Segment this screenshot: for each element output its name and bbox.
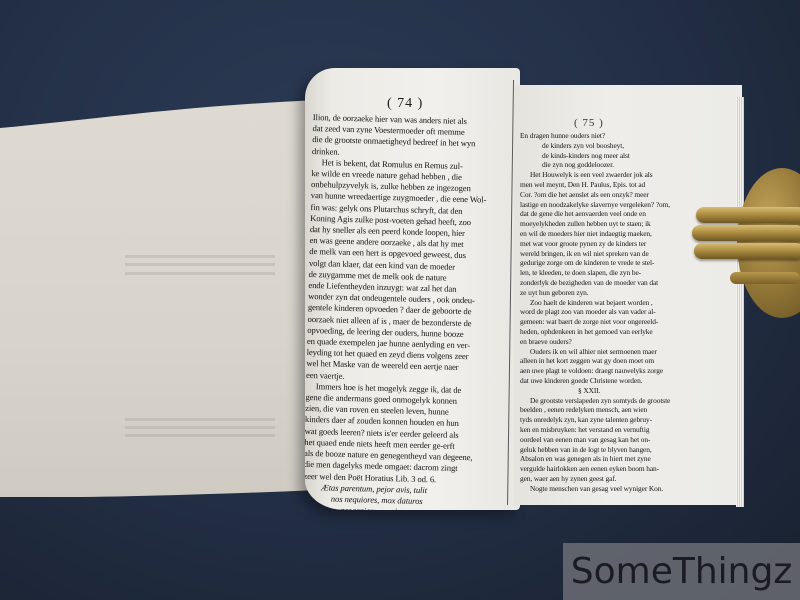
text-line: gemeen: wat baert de zorge niet voor ong… — [520, 317, 670, 327]
text-line: moeyelykheden zullen hebben uyt te staen… — [520, 219, 670, 229]
text-line: dat uwe kinderen goede Christene worden. — [520, 376, 670, 386]
text-line: Cor. ?om die het aenslet als een onzyk? … — [520, 190, 670, 200]
text-line: wereld bringen, ik en wil niet spreken v… — [520, 249, 670, 259]
watermark: SomeThingz — [563, 543, 800, 600]
text-line: Ouders ik en wil alhier niet sermoenen m… — [520, 347, 670, 357]
text-line: oordeel van eenen man van gesag kan het … — [520, 435, 670, 445]
text-line: De grootste verslapeden zyn somtyds de g… — [520, 396, 670, 406]
text-line: Absalon en was genegen als in hiert met … — [520, 454, 670, 464]
text-line: en wil de moeders hier niet indaegtig ma… — [520, 229, 670, 239]
left-page-blank — [0, 100, 320, 497]
text-line: en braeve ouders? — [520, 337, 670, 347]
show-through-text — [125, 426, 275, 429]
text-line: lastige en noodzakelyke slavernye vergel… — [520, 200, 670, 210]
text-line: geluk hebben van in de logt te blyven ha… — [520, 445, 670, 455]
text-line: tyds onredelyk zyn, kan zyne talenten ge… — [520, 415, 670, 425]
text-line: zonderlyk de bezigheden van de moeder va… — [520, 278, 670, 288]
watermark-text: SomeThingz — [571, 551, 792, 592]
text-line: ze uyt hun geboren zyn. — [520, 288, 670, 298]
brass-finger — [694, 243, 800, 259]
text-line: gen, waer aen hy zynen geest gaf. — [520, 474, 670, 484]
text-line: men wel meynt, Den H. Paulus, Epis. tot … — [520, 180, 670, 190]
page-block-edges — [736, 97, 744, 507]
text-line: de kinds-kinders nog meer alst — [520, 151, 670, 161]
text-line: alleen in het kort zeggen wat gy doen mo… — [520, 356, 670, 366]
text-line: de kinders zyn vol boosheyt, — [520, 141, 670, 151]
text-line: len, te kleeden, te doen slapen, die zyn… — [520, 268, 670, 278]
text-line: heden, ophdenkeen in het gemoed van eerl… — [520, 327, 670, 337]
show-through-text — [125, 263, 275, 266]
brass-thumb — [730, 272, 800, 284]
text-line: aen uwe plagt te voldoen: draegt nauwely… — [520, 366, 670, 376]
show-through-text — [125, 418, 275, 421]
text-line: beelden , eenen redelyken mensch, aen wi… — [520, 405, 670, 415]
text-line: die zyn nog goddeloozer. — [520, 160, 670, 170]
show-through-text — [125, 255, 275, 258]
text-line: § XXII. — [520, 386, 670, 396]
brass-finger — [696, 207, 800, 223]
text-line: gedurige zorge om de kinderen te vrede t… — [520, 258, 670, 268]
show-through-text — [125, 272, 275, 275]
text-line: Zoo haelt de kinderen wat bejaert worden… — [520, 298, 670, 308]
show-through-text — [125, 434, 275, 437]
page-number: ( 74 ) — [387, 96, 423, 112]
text-line: vergulde hairlokken aen eenen eyken boom… — [520, 464, 670, 474]
page-75: ( 75 ) En dragen hunne ouders niet?de ki… — [514, 85, 742, 505]
text-line: dat de gene die het aenvaerden veel onde… — [520, 209, 670, 219]
page-75-text: En dragen hunne ouders niet?de kinders z… — [520, 131, 670, 493]
text-line: met wat voor groote pynen zy de kinders … — [520, 239, 670, 249]
brass-finger — [692, 225, 800, 241]
text-line: Nogte menschen van gesag veel wyniger Ko… — [520, 484, 670, 494]
page-74-text: Ilion, de oorzaeke hier van was anders n… — [305, 112, 489, 510]
text-line: word de plagt zoo van moeder als van vad… — [520, 307, 670, 317]
text-line: En dragen hunne ouders niet? — [520, 131, 670, 141]
page-number: ( 75 ) — [574, 117, 604, 129]
text-line: ken en misbruyken: het verstand en vernu… — [520, 425, 670, 435]
page-74: ( 74 ) Ilion, de oorzaeke hier van was a… — [305, 68, 520, 510]
text-line: Het Houwelyk is een veel zwaerder jok al… — [520, 170, 670, 180]
